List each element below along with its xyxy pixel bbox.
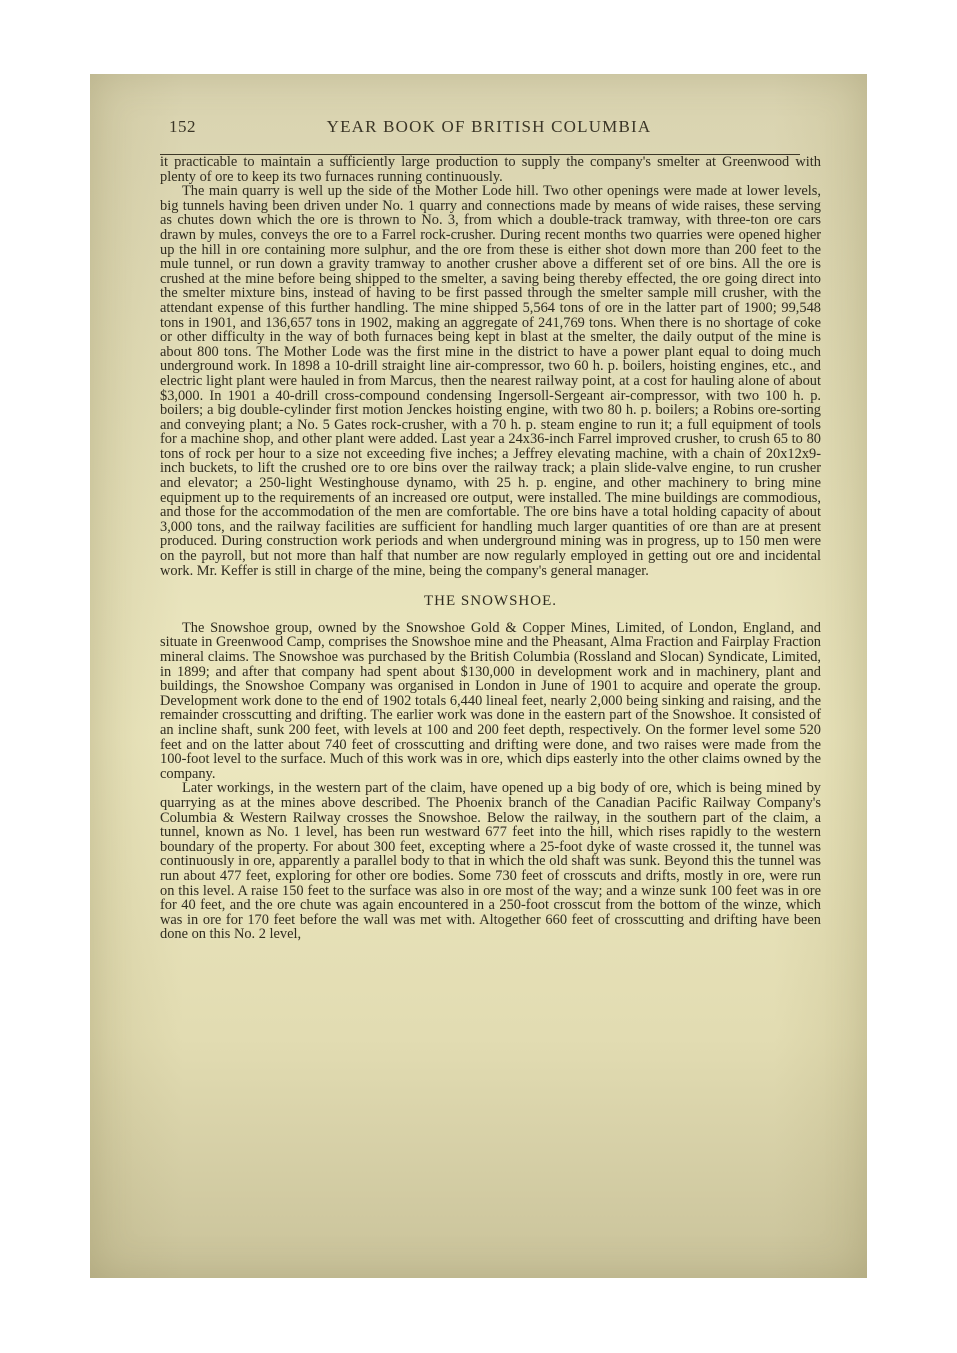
paragraph-continued: it practicable to maintain a sufficientl… — [160, 155, 821, 184]
section-heading-snowshoe: THE SNOWSHOE. — [160, 594, 821, 609]
paragraph-mother-lode-quarry: The main quarry is well up the side of t… — [160, 184, 821, 578]
running-head: 152 YEAR BOOK OF BRITISH COLUMBIA — [169, 117, 809, 139]
body-text: it practicable to maintain a sufficientl… — [160, 155, 821, 942]
running-title: YEAR BOOK OF BRITISH COLUMBIA — [169, 117, 809, 137]
book-page: 152 YEAR BOOK OF BRITISH COLUMBIA it pra… — [90, 74, 867, 1278]
paragraph-snowshoe-group: The Snowshoe group, owned by the Snowsho… — [160, 621, 821, 782]
paragraph-snowshoe-later-workings: Later workings, in the western part of t… — [160, 781, 821, 942]
